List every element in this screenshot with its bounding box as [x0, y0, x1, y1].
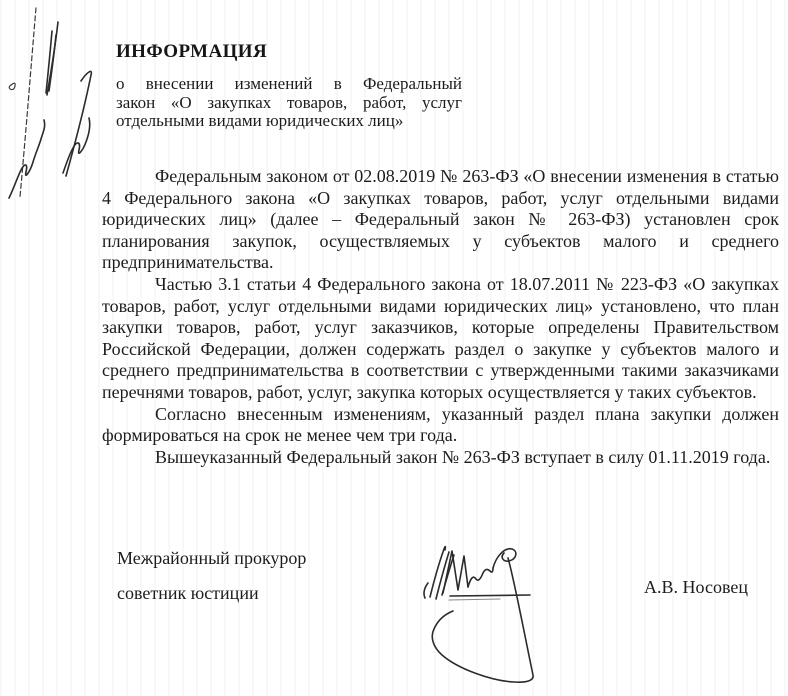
signer-position-line-1: Межрайонный прокурор — [117, 548, 306, 569]
body-paragraph: Частью 3.1 статьи 4 Федерального закона … — [102, 274, 779, 404]
signer-position-line-2: советник юстиции — [117, 583, 259, 604]
signature-autograph — [416, 537, 548, 689]
body-paragraph: Федеральным законом от 02.08.2019 № 263-… — [102, 166, 779, 274]
subtitle-line: закон «О закупках товаров, работ, услуг — [116, 94, 462, 113]
document-title: ИНФОРМАЦИЯ — [116, 41, 267, 63]
handwritten-margin-note — [0, 0, 114, 218]
subtitle-line: отдельными видами юридических лиц» — [116, 112, 462, 131]
document-subtitle: о внесении изменений в Федеральный закон… — [116, 75, 462, 131]
document-body: Федеральным законом от 02.08.2019 № 263-… — [102, 166, 779, 468]
margin-handwriting-strokes — [9, 8, 91, 198]
body-paragraph: Вышеуказанный Федеральный закон № 263-ФЗ… — [102, 447, 779, 469]
signer-name: А.В. Носовец — [644, 577, 748, 598]
scanned-document-page: ИНФОРМАЦИЯ о внесении изменений в Федера… — [0, 0, 788, 696]
body-paragraph: Согласно внесенным изменениям, указанный… — [102, 404, 779, 447]
subtitle-line: о внесении изменений в Федеральный — [116, 75, 462, 94]
signature-strokes — [424, 547, 533, 683]
